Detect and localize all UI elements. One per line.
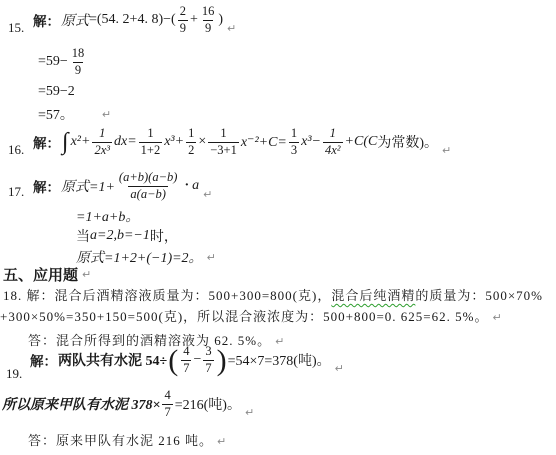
fraction: 4 7 bbox=[162, 388, 172, 420]
p18-line1: 18. 解：混合后酒精溶液质量为：500+300=800(克)，混合后纯酒精的质… bbox=[3, 285, 543, 304]
fraction-denominator: 4x² bbox=[323, 142, 343, 159]
document-page: { "colors": { "text": "#1a1a1a", "pilcro… bbox=[0, 0, 556, 455]
p19-l2-result: =216(吨)。 bbox=[175, 394, 241, 414]
fraction-numerator: 1 bbox=[145, 126, 155, 142]
p16-line1: 解： ∫ x²+ 1 2x³ dx= 1 1+2 x³+ 1 2 × 1 −3+… bbox=[33, 126, 451, 158]
p16-term7: +C(C bbox=[345, 134, 378, 150]
fraction-numerator: (a+b)(a−b) bbox=[117, 170, 180, 186]
left-parenthesis: ( bbox=[168, 347, 178, 374]
p19-answer-line: 答：原来甲队有水泥 216 吨。↵ bbox=[28, 430, 227, 449]
paragraph-mark-icon: ↵ bbox=[203, 188, 212, 201]
fraction-denominator: 9 bbox=[203, 20, 213, 37]
p16-term3: x³+ bbox=[164, 134, 184, 150]
p17-l3-when: 当 bbox=[76, 226, 90, 246]
p15-l2-expression: =59− bbox=[38, 54, 68, 70]
fraction-denominator: 7 bbox=[181, 360, 191, 377]
fraction: 18 9 bbox=[70, 46, 87, 78]
fraction: 1 2x³ bbox=[92, 126, 112, 158]
p17-l2-expression: =1+a+b。 bbox=[76, 206, 139, 226]
p15-yuanshi: 原式 bbox=[61, 10, 89, 30]
fraction-denominator: 7 bbox=[203, 360, 213, 377]
paragraph-mark-icon: ↵ bbox=[102, 108, 111, 121]
fraction: 1 1+2 bbox=[139, 126, 163, 158]
p17-l1-variable: a bbox=[192, 178, 199, 194]
p18-l1-squiggle-text: 混合后纯酒精 bbox=[331, 288, 415, 303]
p16-term6: x³− bbox=[301, 134, 321, 150]
p15-line1: 解： 原式 =(54. 2+4. 8)−( 2 9 + 16 9 ) ↵ bbox=[33, 4, 236, 36]
paragraph-mark-icon: ↵ bbox=[492, 311, 502, 324]
fraction: 1 4x² bbox=[323, 126, 343, 158]
p19-l2-text: 所以原来甲队有水泥 378× bbox=[2, 394, 160, 414]
problem-19-number: 19. bbox=[6, 366, 22, 382]
fraction-numerator: 3 bbox=[203, 344, 213, 360]
p18-line2: +300×50%=350+150=500(克)，所以混合液浓度为：500+800… bbox=[0, 306, 503, 325]
p15-jie-label: 解： bbox=[33, 10, 60, 30]
p19-line1: 解： 两队共有水泥 54÷ ( 4 7 − 3 7 ) =54×7=378(吨)… bbox=[30, 344, 344, 376]
p15-l4-expression: =57。 bbox=[38, 104, 74, 124]
p18-l1-text: 18. 解：混合后酒精溶液质量为：500+300=800(克)， bbox=[3, 288, 331, 303]
p17-jie-label: 解： bbox=[33, 176, 60, 196]
paragraph-mark-icon: ↵ bbox=[82, 268, 91, 281]
p17-l3-values: a=2,b=−1 bbox=[90, 228, 150, 244]
fraction-numerator: 16 bbox=[200, 4, 217, 20]
fraction: 1 2 bbox=[186, 126, 196, 158]
p17-line3: 当 a=2,b=−1 时， bbox=[76, 226, 178, 246]
p19-l1-result: =54×7=378(吨)。 bbox=[228, 350, 331, 370]
p17-l4-expression: 原式=1+2+(−1)=2。 bbox=[76, 247, 203, 267]
paragraph-mark-icon: ↵ bbox=[227, 22, 236, 35]
fraction-denominator: 3 bbox=[289, 142, 299, 159]
fraction-numerator: 1 bbox=[186, 126, 196, 142]
fraction-denominator: 9 bbox=[73, 62, 83, 79]
fraction: 16 9 bbox=[200, 4, 217, 36]
fraction: 3 7 bbox=[203, 344, 213, 376]
fraction-denominator: a(a−b) bbox=[128, 186, 168, 203]
fraction: 4 7 bbox=[181, 344, 191, 376]
minus-sign: − bbox=[193, 352, 201, 368]
p15-l1-close-paren: ) bbox=[218, 12, 223, 28]
fraction-denominator: 2 bbox=[186, 142, 196, 159]
p16-constant-note: 为常数 bbox=[377, 132, 419, 152]
p17-l3-shi: 时， bbox=[150, 226, 178, 246]
p16-term5: x⁻²+C= bbox=[241, 134, 287, 151]
p17-line2: =1+a+b。 bbox=[76, 206, 139, 226]
fraction-numerator: 2 bbox=[178, 4, 188, 20]
p17-line1: 解： 原式=1+ (a+b)(a−b) a(a−b) · a ↵ bbox=[33, 170, 212, 202]
fraction-denominator: −3+1 bbox=[208, 142, 239, 159]
multiply-sign: × bbox=[198, 134, 206, 150]
p16-term1: x²+ bbox=[71, 134, 91, 150]
p19-jie-label: 解： bbox=[30, 350, 57, 370]
fraction: 1 −3+1 bbox=[208, 126, 239, 158]
fraction: (a+b)(a−b) a(a−b) bbox=[117, 170, 180, 202]
paragraph-mark-icon: ↵ bbox=[217, 435, 227, 448]
p19-answer-text: 答：原来甲队有水泥 216 吨。 bbox=[28, 433, 213, 448]
fraction-denominator: 9 bbox=[178, 20, 188, 37]
fraction-numerator: 4 bbox=[162, 388, 172, 404]
p15-l3-expression: =59−2 bbox=[38, 84, 75, 100]
paragraph-mark-icon: ↵ bbox=[335, 362, 344, 375]
fraction-numerator: 18 bbox=[70, 46, 87, 62]
p19-line2: 所以原来甲队有水泥 378× 4 7 =216(吨)。 ↵ bbox=[2, 388, 254, 420]
p16-jie-label: 解： bbox=[33, 132, 60, 152]
fraction: 2 9 bbox=[178, 4, 188, 36]
fraction-numerator: 1 bbox=[97, 126, 107, 142]
problem-17-number: 17. bbox=[8, 184, 24, 200]
p17-line4: 原式=1+2+(−1)=2。 ↵ bbox=[76, 247, 216, 267]
right-parenthesis: ) bbox=[217, 347, 227, 374]
fraction-numerator: 1 bbox=[289, 126, 299, 142]
problem-16-number: 16. bbox=[8, 142, 24, 158]
p18-l1-text-end: 的质量为：500×70% bbox=[415, 288, 543, 303]
paragraph-mark-icon: ↵ bbox=[442, 144, 451, 157]
integral-sign: ∫ bbox=[62, 130, 69, 154]
section-5-title: 五、应用题 bbox=[3, 264, 78, 285]
p16-term2: dx= bbox=[114, 134, 137, 150]
p15-l1-plus: + bbox=[190, 12, 198, 28]
multiplication-dot: · bbox=[184, 178, 189, 194]
paragraph-mark-icon: ↵ bbox=[245, 406, 254, 419]
p15-line2: =59− 18 9 bbox=[38, 46, 88, 78]
fraction-numerator: 1 bbox=[328, 126, 338, 142]
section-5-header: 五、应用题 ↵ bbox=[3, 264, 91, 285]
fraction-numerator: 1 bbox=[218, 126, 228, 142]
paragraph-mark-icon: ↵ bbox=[207, 251, 216, 264]
fraction-denominator: 7 bbox=[162, 404, 172, 421]
p15-line4: =57。 ↵ bbox=[38, 104, 111, 124]
fraction-denominator: 1+2 bbox=[139, 142, 163, 159]
fraction: 1 3 bbox=[289, 126, 299, 158]
p16-term7-close: )。 bbox=[419, 132, 438, 152]
p15-l1-expression: =(54. 2+4. 8)−( bbox=[89, 12, 176, 28]
fraction-numerator: 4 bbox=[181, 344, 191, 360]
fraction-denominator: 2x³ bbox=[92, 142, 112, 159]
p18-l2-text: +300×50%=350+150=500(克)，所以混合液浓度为：500+800… bbox=[0, 309, 488, 324]
p19-l1-text: 两队共有水泥 54÷ bbox=[58, 350, 167, 370]
p15-line3: =59−2 bbox=[38, 84, 75, 100]
p17-l1-expression: 原式=1+ bbox=[61, 176, 115, 196]
problem-15-number: 15. bbox=[8, 20, 24, 36]
